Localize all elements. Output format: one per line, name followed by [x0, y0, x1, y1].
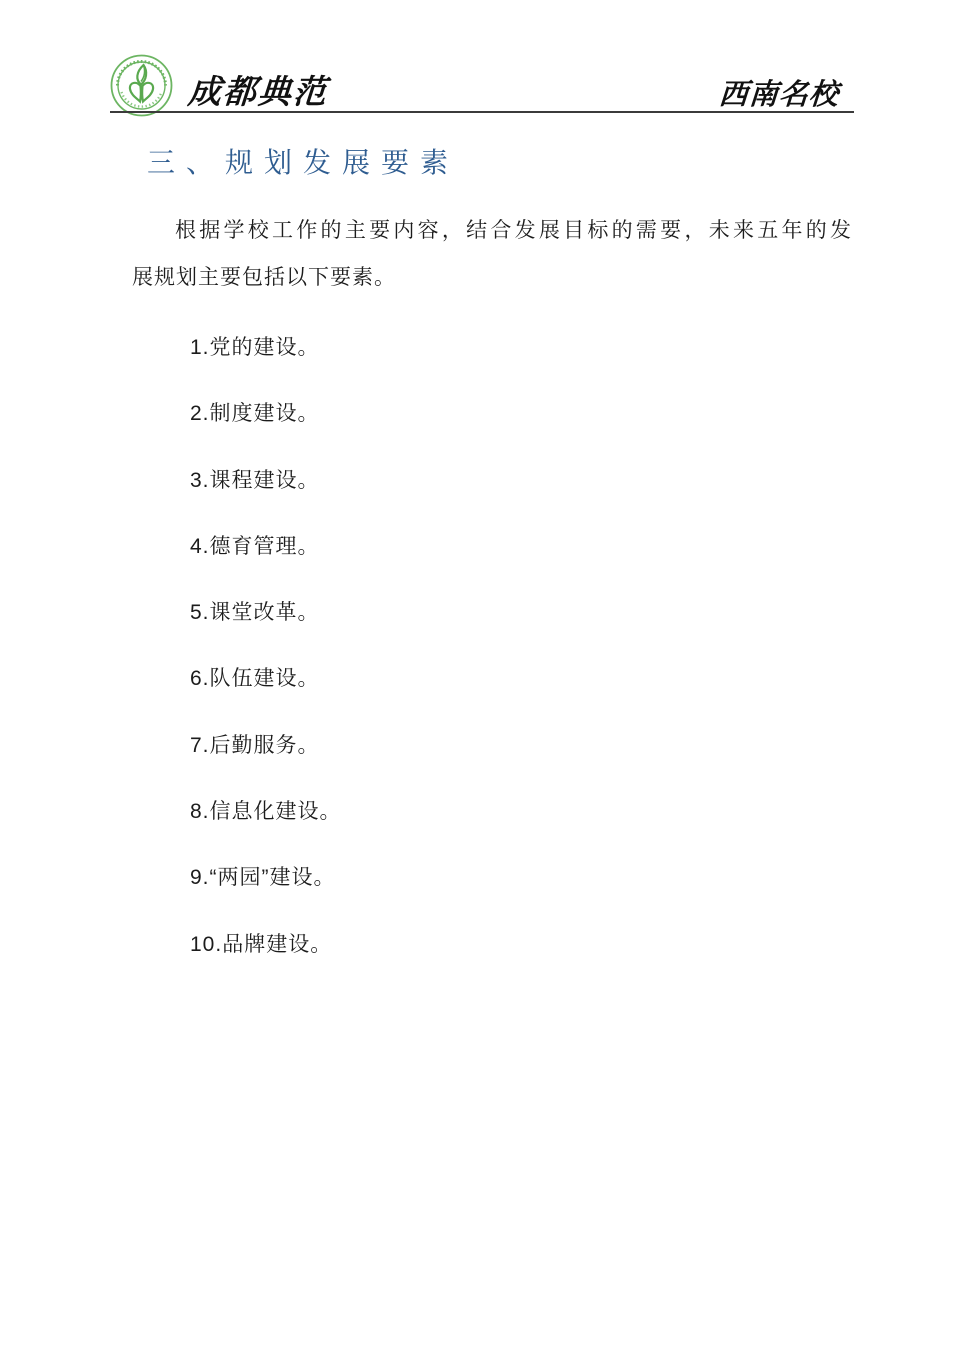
motto-calligraphy: 西南名校	[718, 77, 840, 111]
list-item: 7.后勤服务。	[190, 734, 342, 758]
list-item: 1.党的建设。	[190, 336, 342, 360]
header-divider	[110, 111, 854, 113]
intro-paragraph-line: 展规划主要包括以下要素。	[132, 264, 852, 292]
brand-calligraphy: 成都典范	[187, 72, 330, 112]
list-item: 6.队伍建设。	[190, 667, 342, 691]
factor-list: 1.党的建设。 2.制度建设。 3.课程建设。 4.德育管理。 5.课堂改革。 …	[190, 336, 342, 957]
list-item: 10.品牌建设。	[190, 933, 342, 957]
list-item: 5.课堂改革。	[190, 601, 342, 625]
list-item: 8.信息化建设。	[190, 800, 342, 824]
school-emblem-icon	[110, 54, 173, 117]
intro-paragraph-line: 根据学校工作的主要内容，结合发展目标的需要，未来五年的发	[132, 217, 852, 245]
document-page: 成都典范 西南名校 三、规划发展要素 根据学校工作的主要内容，结合发展目标的需要…	[0, 0, 960, 1357]
section-heading: 三、规划发展要素	[147, 144, 459, 182]
list-item: 2.制度建设。	[190, 402, 342, 426]
list-item: 9.“两园”建设。	[190, 866, 342, 890]
list-item: 4.德育管理。	[190, 535, 342, 559]
list-item: 3.课程建设。	[190, 469, 342, 493]
school-logo	[110, 54, 173, 117]
